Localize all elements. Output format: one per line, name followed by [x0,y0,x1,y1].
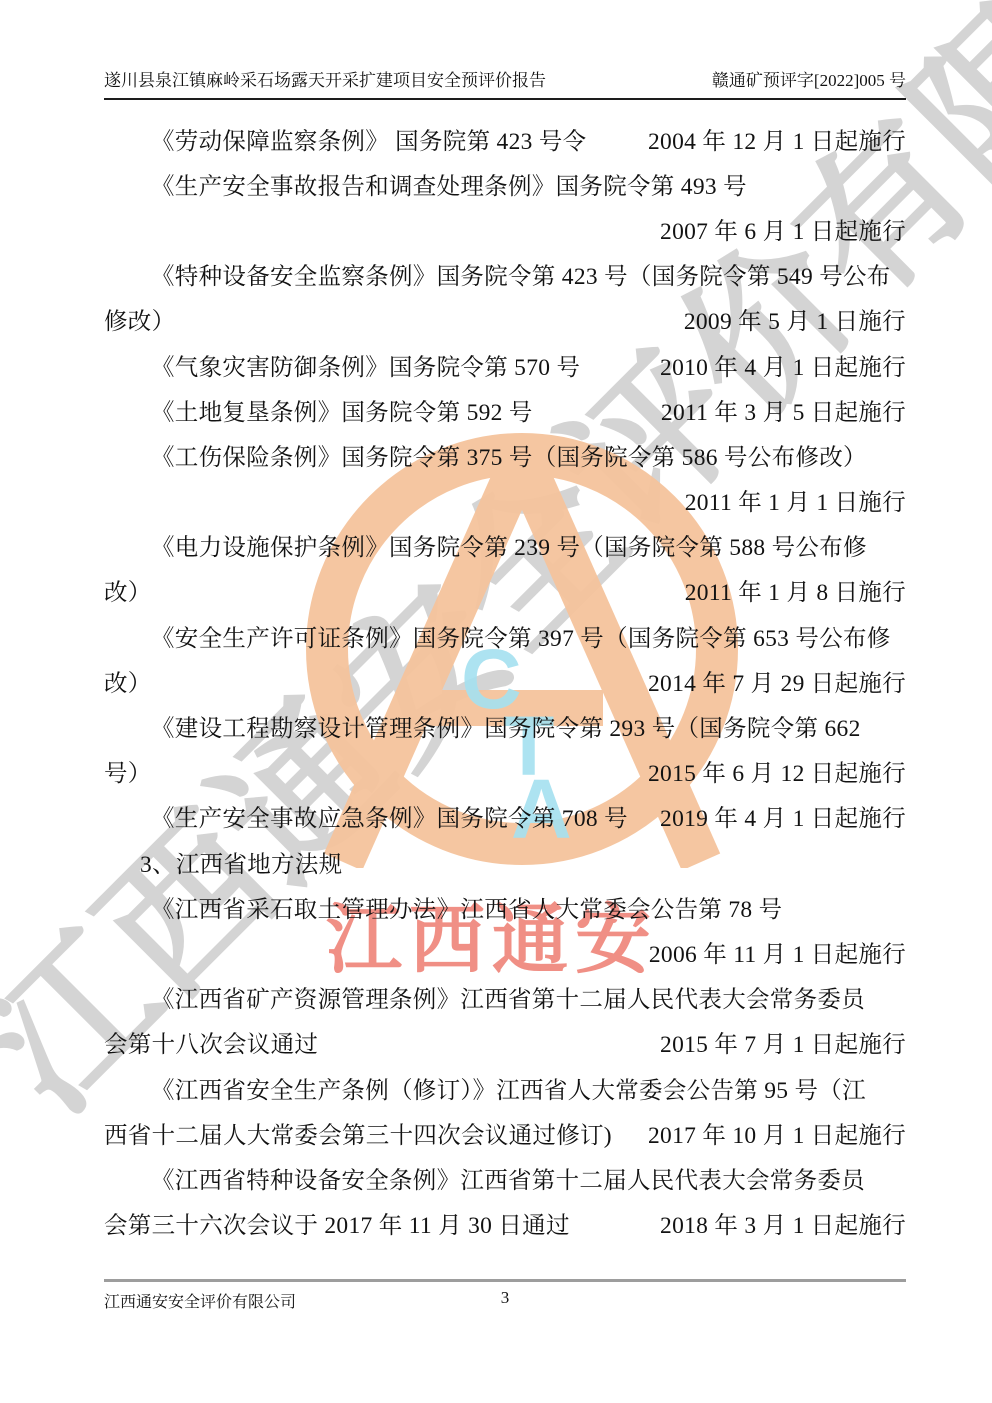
effective-date: 2015 年 6 月 12 日起施行 [648,754,906,788]
regulation-line: 《江西省安全生产条例（修订）》江西省人大常委会公告第 95 号（江 [104,1065,906,1110]
effective-date: 2019 年 4 月 1 日起施行 [660,799,906,833]
regulation-line: 《气象灾害防御条例》国务院令第 570 号2010 年 4 月 1 日起施行 [104,342,906,387]
regulation-text: 会第十八次会议通过 [104,1025,318,1059]
regulation-text: 《工伤保险条例》国务院令第 375 号（国务院令第 586 号公布修改） [104,438,867,472]
regulation-line: 会第十八次会议通过2015 年 7 月 1 日起施行 [104,1020,906,1065]
page-header: 遂川县泉江镇麻岭采石场露天开采扩建项目安全预评价报告 赣通矿预评字[2022]0… [104,66,906,100]
regulation-text: 改） [104,573,152,607]
regulation-text: 《特种设备安全监察条例》国务院令第 423 号（国务院令第 549 号公布 [104,257,891,291]
regulation-text: 《生产安全事故报告和调查处理条例》国务院令第 493 号 [104,167,747,201]
regulation-text: 修改） [104,302,175,336]
regulation-text: 《劳动保障监察条例》 国务院第 423 号令 [104,122,586,156]
regulation-line: 西省十二届人大常委会第三十四次会议通过修订)2017 年 10 月 1 日起施行 [104,1110,906,1155]
regulation-line: 会第三十六次会议于 2017 年 11 月 30 日通过2018 年 3 月 1… [104,1201,906,1246]
regulation-line: 《江西省特种设备安全条例》江西省第十二届人民代表大会常务委员 [104,1155,906,1200]
regulation-line: 《土地复垦条例》国务院令第 592 号2011 年 3 月 5 日起施行 [104,387,906,432]
regulation-text: 《生产安全事故应急条例》国务院令第 708 号 [104,799,628,833]
header-report-title: 遂川县泉江镇麻岭采石场露天开采扩建项目安全预评价报告 [104,66,546,91]
effective-date: 2011 年 1 月 8 日施行 [685,573,906,607]
effective-date: 2009 年 5 月 1 日施行 [684,302,906,336]
regulation-line: 《工伤保险条例》国务院令第 375 号（国务院令第 586 号公布修改） [104,432,906,477]
regulation-line: 《电力设施保护条例》国务院令第 239 号（国务院令第 588 号公布修 [104,523,906,568]
regulation-line: 《江西省采石取土管理办法》江西省人大常委会公告第 78 号 [104,884,906,929]
effective-date: 2010 年 4 月 1 日起施行 [660,348,906,382]
regulation-line: 2006 年 11 月 1 日起施行 [104,929,906,974]
regulation-text: 《江西省采石取土管理办法》江西省人大常委会公告第 78 号 [104,890,782,924]
effective-date: 2011 年 3 月 5 日起施行 [661,393,906,427]
effective-date: 2006 年 11 月 1 日起施行 [649,935,906,969]
section-heading-line: 3、江西省地方法规 [104,839,906,884]
header-document-number: 赣通矿预评字[2022]005 号 [712,66,906,91]
regulation-line: 《生产安全事故应急条例》国务院令第 708 号2019 年 4 月 1 日起施行 [104,794,906,839]
regulation-text: 《土地复垦条例》国务院令第 592 号 [104,393,533,427]
regulation-text: 《江西省矿产资源管理条例》江西省第十二届人民代表大会常务委员 [104,980,865,1014]
regulation-line: 改）2011 年 1 月 8 日施行 [104,568,906,613]
effective-date: 2018 年 3 月 1 日起施行 [660,1206,906,1240]
document-body: 《劳动保障监察条例》 国务院第 423 号令2004 年 12 月 1 日起施行… [104,116,906,1246]
effective-date: 2011 年 1 月 1 日施行 [685,483,906,517]
effective-date: 2017 年 10 月 1 日起施行 [648,1116,906,1150]
regulation-text: 《气象灾害防御条例》国务院令第 570 号 [104,348,580,382]
regulation-text: 《电力设施保护条例》国务院令第 239 号（国务院令第 588 号公布修 [104,528,867,562]
effective-date: 2015 年 7 月 1 日起施行 [660,1025,906,1059]
page-footer: 江西通安安全评价有限公司 3 [104,1279,906,1322]
regulation-line: 号）2015 年 6 月 12 日起施行 [104,749,906,794]
section-heading: 3、江西省地方法规 [104,845,342,879]
regulation-line: 《劳动保障监察条例》 国务院第 423 号令2004 年 12 月 1 日起施行 [104,116,906,161]
regulation-line: 《安全生产许可证条例》国务院令第 397 号（国务院令第 653 号公布修 [104,613,906,658]
regulation-line: 修改）2009 年 5 月 1 日施行 [104,297,906,342]
effective-date: 2007 年 6 月 1 日起施行 [660,212,906,246]
regulation-line: 改）2014 年 7 月 29 日起施行 [104,658,906,703]
regulation-line: 2011 年 1 月 1 日施行 [104,478,906,523]
regulation-line: 《特种设备安全监察条例》国务院令第 423 号（国务院令第 549 号公布 [104,252,906,297]
effective-date: 2014 年 7 月 29 日起施行 [648,664,906,698]
regulation-text: 《安全生产许可证条例》国务院令第 397 号（国务院令第 653 号公布修 [104,619,891,653]
regulation-text: 《江西省安全生产条例（修订）》江西省人大常委会公告第 95 号（江 [104,1071,866,1105]
regulation-text: 改） [104,664,152,698]
regulation-text: 《建设工程勘察设计管理条例》国务院令第 293 号（国务院令第 662 [104,709,861,743]
regulation-line: 《建设工程勘察设计管理条例》国务院令第 293 号（国务院令第 662 [104,703,906,748]
regulation-text: 西省十二届人大常委会第三十四次会议通过修订) [104,1116,612,1150]
regulation-text: 号） [104,754,152,788]
regulation-line: 《江西省矿产资源管理条例》江西省第十二届人民代表大会常务委员 [104,975,906,1020]
regulation-text: 会第三十六次会议于 2017 年 11 月 30 日通过 [104,1206,570,1240]
regulation-line: 2007 年 6 月 1 日起施行 [104,206,906,251]
report-page: 江西通安全评价有限公司 C T A 江西通安 遂川县泉江镇麻岭采石场露天开采扩建… [0,0,992,1403]
effective-date: 2004 年 12 月 1 日起施行 [648,122,906,156]
regulation-line: 《生产安全事故报告和调查处理条例》国务院令第 493 号 [104,161,906,206]
page-number: 3 [104,1288,906,1308]
regulation-text: 《江西省特种设备安全条例》江西省第十二届人民代表大会常务委员 [104,1161,865,1195]
